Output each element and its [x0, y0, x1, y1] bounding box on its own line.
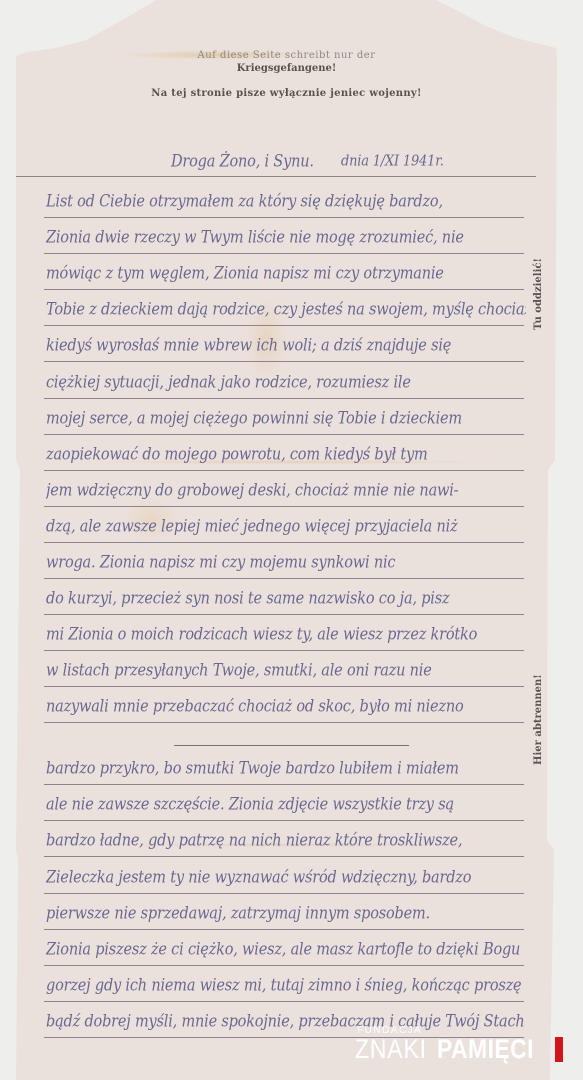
handwritten-line: w listach przesyłanych Twoje, smutki, al… — [46, 662, 526, 680]
ruled-line — [44, 506, 524, 507]
letter-date: dnia 1/XI 1941r. — [341, 153, 444, 170]
handwritten-line: jem wdzięczny do grobowej deski, chociaż… — [46, 481, 526, 499]
handwritten-line: dzą, ale zawsze lepiej mieć jednego więc… — [46, 517, 526, 535]
side-label-cut-here-german: Hier abtrennen! — [533, 674, 544, 765]
ruled-line — [44, 686, 524, 687]
handwritten-line: wroga. Zionia napisz mi czy mojemu synko… — [46, 554, 526, 572]
ruled-line — [44, 217, 524, 218]
handwritten-line: Zionia dwie rzeczy w Twym liście nie mog… — [46, 229, 526, 247]
watermark-pamieci: PAMIĘCI — [437, 1034, 534, 1065]
ruled-line — [44, 614, 524, 615]
handwritten-line: List od Ciebie otrzymałem za który się d… — [46, 193, 526, 211]
ruled-line — [44, 434, 524, 435]
ruled-line — [44, 1001, 524, 1002]
letter-paper: Auf diese Seite schreibt nur der Kriegsg… — [16, 0, 557, 1080]
handwritten-line: bardzo ładne, gdy patrzę na nich nieraz … — [46, 832, 526, 850]
handwritten-line: do kurzyi, przecież syn nosi te same naz… — [46, 590, 526, 608]
handwritten-line: mówiąc z tym węglem, Zionia napisz mi cz… — [46, 265, 526, 283]
ruled-line — [16, 176, 536, 177]
side-label-cut-here-polish: Tu oddzielić! — [533, 258, 544, 330]
ruled-line — [44, 929, 524, 930]
handwritten-line: Tobie z dzieckiem dają rodzice, czy jest… — [46, 301, 526, 319]
handwritten-line: ciężkiej sytuacji, jednak jako rodzice, … — [46, 373, 526, 391]
ruled-line — [44, 722, 524, 723]
ruled-line — [44, 542, 524, 543]
printed-header-german: Auf diese Seite schreibt nur der — [16, 50, 557, 61]
watermark-znaki: ZNAKI — [355, 1034, 427, 1065]
handwritten-line: kiedyś wyrosłaś mnie wbrew ich woli; a d… — [46, 337, 526, 355]
ruled-line — [44, 784, 524, 785]
handwritten-line: Zieleczka jestem ty nie wyznawać wśród w… — [46, 868, 526, 886]
printed-header-polish: Na tej stronie pisze wyłącznie jeniec wo… — [16, 88, 557, 99]
ruled-line — [44, 820, 524, 821]
greeting: Droga Żono, i Synu. — [171, 153, 314, 171]
separator-line — [174, 745, 409, 746]
ruled-line — [44, 893, 524, 894]
handwritten-line: zaopiekować do mojego powrotu, com kiedy… — [46, 445, 526, 463]
ruled-line — [44, 856, 524, 857]
ruled-line — [44, 650, 524, 651]
handwritten-line: gorzej gdy ich niema wiesz mi, tutaj zim… — [46, 977, 526, 995]
handwritten-line: mojej serce, a mojej ciężego powinni się… — [46, 409, 526, 427]
handwritten-line: nazywali mnie przebaczać chociaż od skoc… — [46, 698, 526, 716]
ruled-line — [44, 398, 524, 399]
handwritten-line: bardzo przykro, bo smutki Twoje bardzo l… — [46, 760, 526, 778]
handwritten-line: Zionia piszesz że ci ciężko, wiesz, ale … — [46, 941, 526, 959]
ruled-line — [44, 470, 524, 471]
handwritten-line: pierwsze nie sprzedawaj, zatrzymaj innym… — [46, 904, 526, 922]
handwritten-line: ale nie zawsze szczęście. Zionia zdjęcie… — [46, 796, 526, 814]
watermark-logo: FUNDACJA ZNAKI PAMIĘCI — [345, 1025, 575, 1075]
ruled-line — [44, 361, 524, 362]
ruled-line — [44, 578, 524, 579]
ruled-line — [44, 253, 524, 254]
ruled-line — [44, 289, 524, 290]
handwritten-line: mi Zionia o moich rodzicach wiesz ty, al… — [46, 626, 526, 644]
ruled-line — [44, 965, 524, 966]
printed-header-german-2: Kriegsgefangene! — [16, 63, 557, 74]
ruled-line — [44, 325, 524, 326]
watermark-red-bar — [555, 1037, 563, 1062]
